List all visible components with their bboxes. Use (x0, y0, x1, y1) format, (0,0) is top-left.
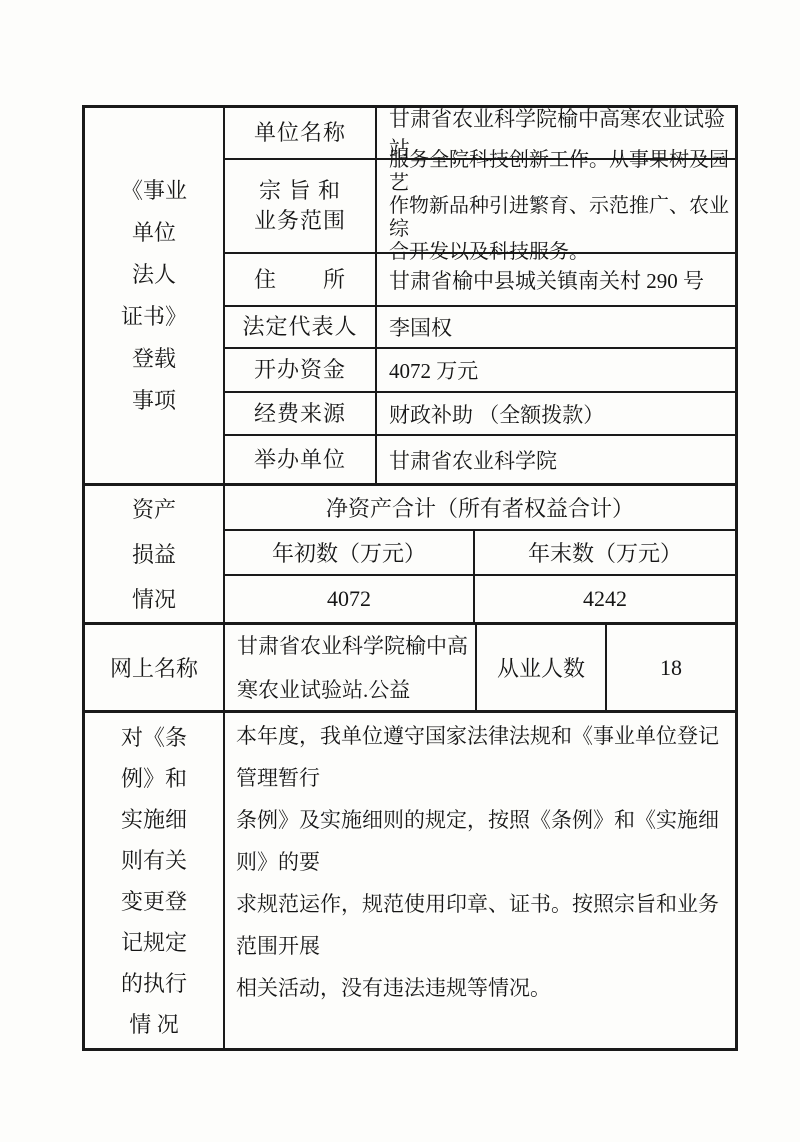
table-row-opening-capital: 开办资金 4072 万元 (225, 349, 735, 393)
unit-name-label: 单位名称 (225, 108, 377, 158)
annual-report-table: 《事业 单位 法人 证书》 登载 事项 单位名称 甘肃省农业科学院榆中高寒农业试… (82, 105, 738, 1051)
table-row-purpose-scope: 宗 旨 和 业务范围 服务全院科技创新工作。从事果树及园艺 作物新品种引进繁育、… (225, 160, 735, 254)
compliance-statement: 本年度，我单位遵守国家法律法规和《事业单位登记管理暂行 条例》及实施细则的规定，… (225, 713, 735, 1048)
table-row-organizer: 举办单位 甘肃省农业科学院 (225, 436, 735, 483)
online-name-label: 网上名称 (85, 625, 225, 710)
table-row-assets-column-headers: 年初数（万元） 年末数（万元） (225, 531, 735, 576)
table-row-legal-representative: 法定代表人 李国权 (225, 307, 735, 349)
certificate-section-side-title: 《事业 单位 法人 证书》 登载 事项 (85, 108, 225, 483)
section-compliance: 对《条 例》和 实施细 则有关 变更登 记规定 的执行 情 况 本年度，我单位遵… (85, 713, 735, 1048)
year-start-value: 4072 (225, 576, 475, 622)
address-label: 住 所 (225, 254, 377, 305)
staff-count-label: 从业人数 (477, 625, 607, 710)
opening-capital-label: 开办资金 (225, 349, 377, 391)
table-row-address: 住 所 甘肃省榆中县城关镇南关村 290 号 (225, 254, 735, 307)
certificate-rows: 单位名称 甘肃省农业科学院榆中高寒农业试验站 宗 旨 和 业务范围 服务全院科技… (225, 108, 735, 483)
funding-source-value: 财政补助 （全额拨款） (377, 393, 735, 434)
table-row-funding-source: 经费来源 财政补助 （全额拨款） (225, 393, 735, 436)
assets-rows: 净资产合计（所有者权益合计） 年初数（万元） 年末数（万元） 4072 4242 (225, 486, 735, 622)
year-end-column-header: 年末数（万元） (475, 531, 735, 574)
funding-source-label: 经费来源 (225, 393, 377, 434)
net-assets-header: 净资产合计（所有者权益合计） (225, 486, 735, 529)
section-certificate-items: 《事业 单位 法人 证书》 登载 事项 单位名称 甘肃省农业科学院榆中高寒农业试… (85, 108, 735, 486)
section-assets: 资产 损益 情况 净资产合计（所有者权益合计） 年初数（万元） 年末数（万元） … (85, 486, 735, 625)
purpose-scope-label: 宗 旨 和 业务范围 (225, 160, 377, 252)
year-start-column-header: 年初数（万元） (225, 531, 475, 574)
opening-capital-value: 4072 万元 (377, 349, 735, 391)
online-name-value: 甘肃省农业科学院榆中高 寒农业试验站.公益 (225, 625, 477, 710)
table-row-net-assets-header: 净资产合计（所有者权益合计） (225, 486, 735, 531)
legal-representative-label: 法定代表人 (225, 307, 377, 347)
compliance-section-side-title: 对《条 例》和 实施细 则有关 变更登 记规定 的执行 情 况 (85, 713, 225, 1048)
address-value: 甘肃省榆中县城关镇南关村 290 号 (377, 254, 735, 305)
organizer-label: 举办单位 (225, 436, 377, 483)
assets-section-side-title: 资产 损益 情况 (85, 486, 225, 622)
staff-count-value: 18 (607, 625, 735, 710)
organizer-value: 甘肃省农业科学院 (377, 436, 735, 483)
scanned-document-page: 《事业 单位 法人 证书》 登载 事项 单位名称 甘肃省农业科学院榆中高寒农业试… (0, 0, 800, 1142)
table-row-assets-values: 4072 4242 (225, 576, 735, 622)
legal-representative-value: 李国权 (377, 307, 735, 347)
year-end-value: 4242 (475, 576, 735, 622)
purpose-scope-value: 服务全院科技创新工作。从事果树及园艺 作物新品种引进繁育、示范推广、农业综 合开… (377, 160, 735, 252)
section-online-name: 网上名称 甘肃省农业科学院榆中高 寒农业试验站.公益 从业人数 18 (85, 625, 735, 713)
